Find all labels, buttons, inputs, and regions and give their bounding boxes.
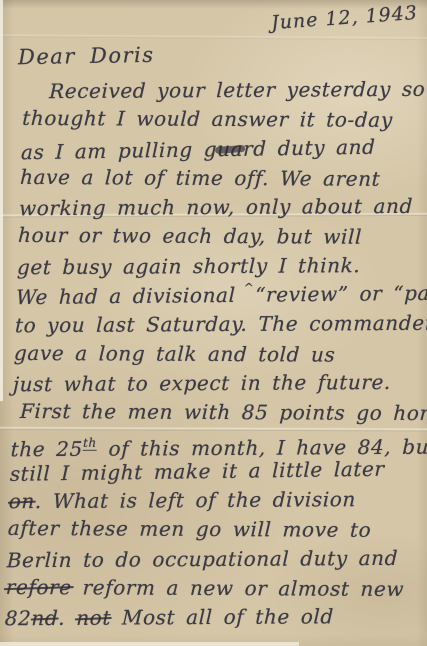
letter-text: We had a divisional (16, 283, 247, 309)
letter-line: after these men go will move to (7, 514, 421, 545)
letter-text: “review” or “parade” (255, 280, 427, 306)
letter-text: thought I would answer it to-day (22, 106, 393, 132)
letter-line: working much now, only about and (19, 192, 427, 224)
letter-text: still I might make it a little later (10, 457, 385, 486)
letter-line: Received your letter yesterday so (23, 75, 427, 107)
letter-text: First the men with 85 points go home (20, 399, 427, 425)
letter-text: 82 (4, 606, 31, 630)
letter-word-strike: nd (31, 606, 59, 630)
letter-text: Most all of the old (111, 605, 335, 630)
fold-crease (0, 34, 427, 41)
letter-word-scribble: guard (204, 136, 267, 161)
letter-line: 82nd. not Most all of the old (4, 602, 418, 634)
letter-line: as I am pulling guard duty and (21, 131, 427, 167)
letter-text: Berlin to do occupational duty and (6, 546, 398, 572)
letter-line: on. What is left of the division (8, 485, 422, 517)
letter-line: Berlin to do occupational duty and (6, 543, 420, 575)
letter-text: Received your letter yesterday so (49, 77, 426, 103)
letter-line: have a lot of time off. We arent (20, 163, 427, 194)
letter-text: working much now, only about and (19, 194, 414, 220)
letter-text: just what to expect in the future. (13, 370, 392, 396)
letter-line: thought I would answer it to-day (22, 104, 427, 135)
letter-text: as I am pulling (21, 137, 204, 164)
letter-text: have a lot of time off. We arent (20, 165, 381, 191)
scan-edge (0, 642, 299, 646)
letter-body: Received your letter yesterday sothought… (0, 76, 427, 633)
letter-text: reform a new or almost new (71, 575, 404, 601)
letter-date: June 12, 1943 (270, 2, 418, 34)
letter-word-caret: ^ (244, 281, 255, 295)
letter-salutation: Dear Doris (18, 43, 155, 69)
letter-text: after these men go will move to (7, 516, 371, 542)
letter-page: June 12, 1943 Dear Doris Received your l… (0, 0, 427, 646)
letter-line: the 25th of this month, I have 84, but (10, 426, 424, 458)
letter-text: get busy again shortly I think. (17, 253, 361, 279)
letter-line: get busy again shortly I think. (17, 251, 427, 283)
letter-line: just what to expect in the future. (13, 368, 427, 400)
letter-text: . What is left of the division (35, 487, 357, 513)
letter-word-strike: on (9, 489, 36, 513)
letter-text: hour or two each day, but will (18, 223, 363, 249)
letter-word-strike: not (76, 606, 111, 630)
letter-word-strike: refore (5, 575, 72, 599)
letter-text: the 25 (10, 436, 83, 460)
letter-line: gave a long talk and told us (13, 339, 427, 370)
letter-line: We had a divisional ^“review” or “parade… (16, 279, 427, 313)
letter-line: hour or two each day, but will (18, 221, 427, 252)
letter-line: to you last Saturday. The commander (15, 309, 427, 341)
letter-text: duty and (267, 134, 376, 160)
letter-line: still I might make it a little later (10, 454, 424, 489)
letter-text: gave a long talk and told us (14, 341, 336, 367)
letter-line: First the men with 85 points go home (11, 397, 425, 428)
letter-text: to you last Saturday. The commander (15, 311, 427, 338)
letter-line: refore reform a new or almost new (5, 573, 419, 604)
letter-word-sup: th (83, 435, 97, 450)
